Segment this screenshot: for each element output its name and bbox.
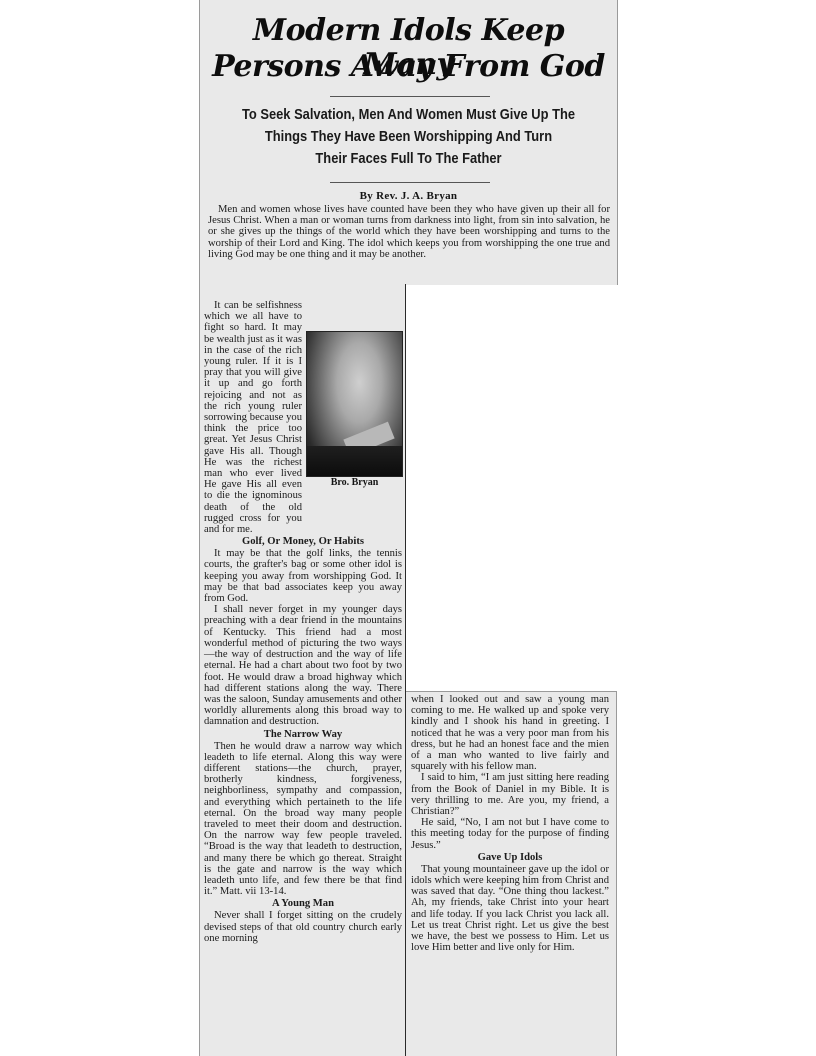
paragraph: I shall never forget in my younger days …: [204, 604, 402, 727]
paragraph: Then he would draw a narrow way which le…: [204, 741, 402, 898]
article-intro: Men and women whose lives have counted h…: [208, 204, 610, 260]
section-heading: A Young Man: [204, 897, 402, 910]
photo-wrap-spacer: [302, 336, 402, 532]
paragraph: It may be that the golf links, the tenni…: [204, 548, 402, 604]
right-column-text: when I looked out and saw a young man co…: [411, 694, 609, 953]
paragraph: Never shall I forget sitting on the crud…: [204, 910, 402, 944]
paragraph: He said, “No, I am not but I have come t…: [411, 817, 609, 851]
divider: [330, 182, 490, 183]
paragraph: That young mountaineer gave up the idol …: [411, 864, 609, 954]
headline-line-2: Persons Away From God: [204, 50, 613, 84]
subheadline-line-3: Their Faces Full To The Father: [233, 148, 585, 170]
section-heading: Gave Up Idols: [411, 851, 609, 864]
section-heading: Golf, Or Money, Or Habits: [204, 535, 402, 548]
subheadline-line-2: Things They Have Been Worshipping And Tu…: [233, 126, 585, 148]
paragraph: when I looked out and saw a young man co…: [411, 694, 609, 772]
subheadline-line-1: To Seek Salvation, Men And Women Must Gi…: [233, 104, 585, 126]
left-column-text: It can be selfishness which we all have …: [204, 300, 402, 944]
intro-paragraph: Men and women whose lives have counted h…: [208, 204, 610, 260]
divider: [330, 96, 490, 97]
byline: By Rev. J. A. Bryan: [200, 190, 617, 202]
paragraph: I said to him, “I am just sitting here r…: [411, 772, 609, 817]
section-heading: The Narrow Way: [204, 728, 402, 741]
